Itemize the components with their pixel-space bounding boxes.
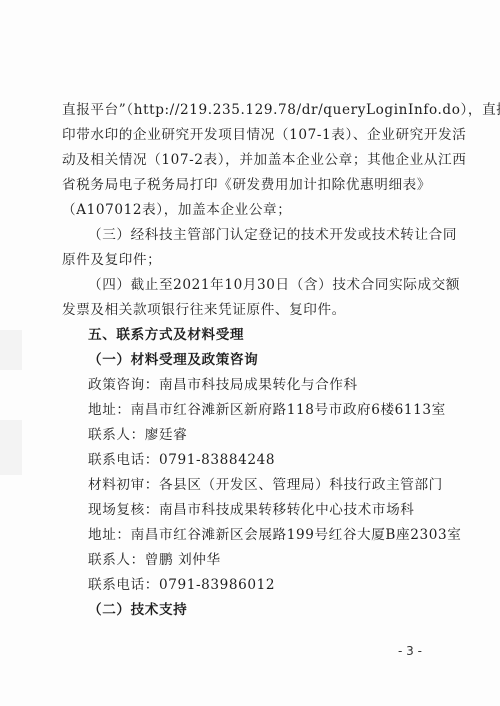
subsection-heading: （一）材料受理及政策咨询 [88, 351, 438, 369]
paragraph-line: 原件及复印件； [62, 251, 438, 269]
contact-line: 政策咨询：南昌市科技局成果转化与合作科 [88, 376, 438, 394]
paragraph-line: （A107012表），加盖本企业公章； [62, 201, 438, 219]
contact-line: 材料初审：各县区（开发区、管理局）科技行政主管部门 [88, 476, 438, 494]
contact-line: 联系电话：0791-83884248 [88, 451, 438, 469]
paragraph-line: 省税务局电子税务局打印《研发费用加计扣除优惠明细表》 [62, 176, 438, 194]
page-number: - 3 - [398, 644, 422, 658]
contact-line: 联系电话：0791-83986012 [88, 576, 438, 594]
section-heading: 五、联系方式及材料受理 [88, 326, 438, 344]
paragraph-line: 动及相关情况（107-2表），并加盖本企业公章；其他企业从江西 [62, 151, 438, 169]
paragraph-line: 发票及相关款项银行往来凭证原件、复印件。 [62, 301, 438, 319]
paragraph-line: （四）截止至2021年10月30日（含）技术合同实际成交额 [88, 276, 438, 294]
contact-line: 联系人：曾鹏 刘仲华 [88, 551, 438, 569]
contact-line: 地址：南昌市红谷滩新区会展路199号红谷大厦B座2303室 [88, 526, 438, 544]
paragraph-line: （三）经科技主管部门认定登记的技术开发或技术转让合同 [88, 226, 438, 244]
document-page: 直报平台”（http://219.235.129.78/dr/queryLogi… [0, 0, 500, 706]
contact-line: 地址：南昌市红谷滩新区新府路118号市政府6楼6113室 [88, 401, 438, 419]
contact-line: 联系人：廖廷睿 [88, 426, 438, 444]
paragraph-line: 印带水印的企业研究开发项目情况（107-1表）、企业研究开发活 [62, 126, 438, 144]
scan-shadow [0, 420, 22, 475]
contact-line: 现场复核：南昌市科技成果转移转化中心技术市场科 [88, 501, 438, 519]
subsection-heading: （二）技术支持 [88, 601, 438, 619]
paragraph-line: 直报平台”（http://219.235.129.78/dr/queryLogi… [62, 101, 438, 119]
scan-shadow [0, 330, 22, 370]
